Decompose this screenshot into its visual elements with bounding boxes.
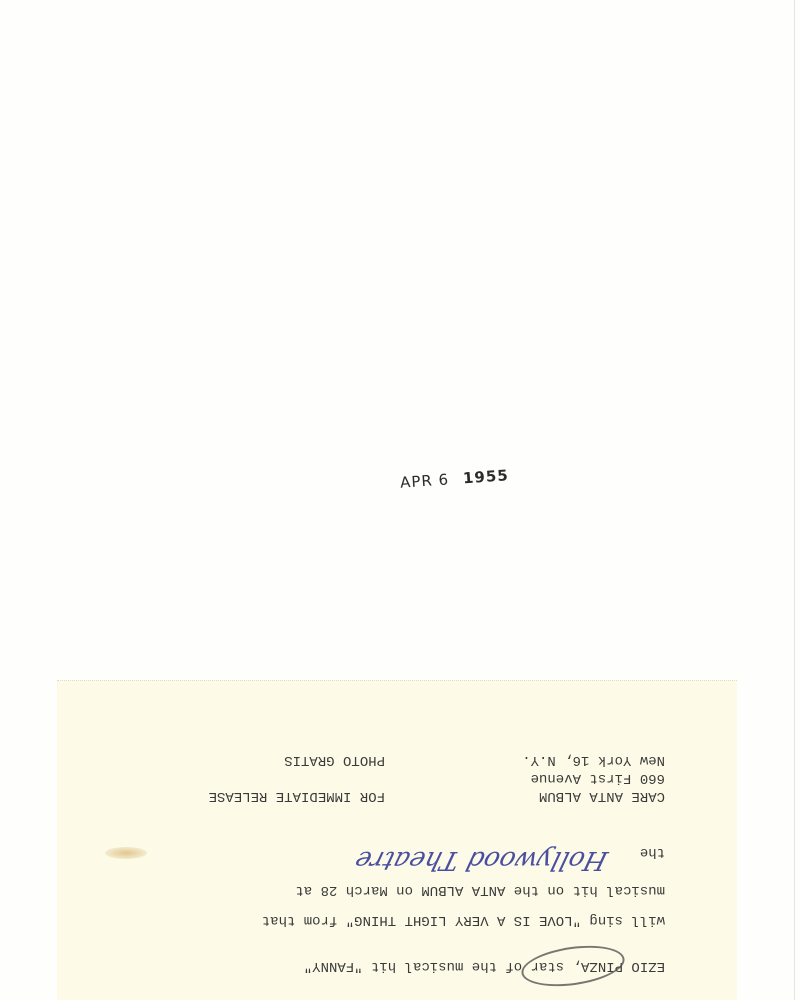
photo-edge	[794, 0, 795, 1000]
caption-line-2: will sing "LOVE IS A VERY LIGHT THING" f…	[262, 911, 665, 929]
release-line-1: FOR IMMEDIATE RELEASE	[209, 787, 385, 805]
stamp-year: 1955	[462, 466, 509, 487]
caption-line-3: musical hit on the ANTA ALBUM on March 2…	[295, 881, 665, 899]
stain-mark	[105, 847, 147, 859]
address-line-2: 660 First Avenue	[531, 769, 665, 787]
address-line-3: New York 16, N.Y.	[522, 751, 665, 769]
caption-card-content: EZIO PINZA, star of the musical hit "FAN…	[57, 681, 737, 1000]
release-line-2: PHOTO GRATIS	[284, 751, 385, 769]
caption-card: EZIO PINZA, star of the musical hit "FAN…	[57, 680, 737, 1000]
address-line-1: CARE ANTA ALBUM	[539, 787, 665, 805]
caption-line-4: the	[640, 843, 665, 861]
handwritten-venue: Hollywood Theatre	[352, 845, 611, 875]
stamp-date: APR 6	[400, 470, 450, 491]
pencil-circle-mark	[519, 940, 627, 992]
